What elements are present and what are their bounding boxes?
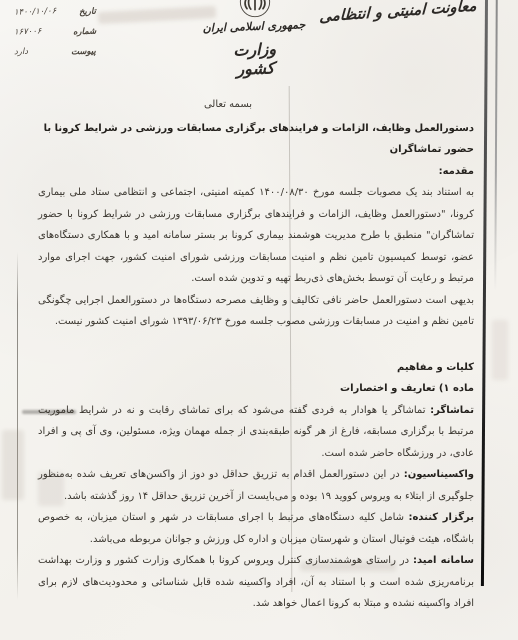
scanned-document-page: معاونت امنیتی و انتظامی جمهوری اسلامی ای… xyxy=(0,0,518,640)
definition-vaccination: واکسیناسیون: در این دستورالعمل اقدام به … xyxy=(38,464,474,507)
definition-term: واکسیناسیون: xyxy=(404,469,474,480)
attachment-value: دارد xyxy=(14,47,28,57)
department-calligraphy: معاونت امنیتی و انتظامی xyxy=(318,0,478,26)
attachment-label: پیوست xyxy=(71,47,96,58)
bleed-through-artifact xyxy=(98,6,216,24)
date-label: تاریخ xyxy=(79,7,96,18)
iran-emblem-icon xyxy=(238,0,272,20)
page-edge-line-left xyxy=(17,252,18,600)
document-body: بسمه تعالی دستورالعمل وظایف، الزامات و ف… xyxy=(38,94,474,615)
page-edge-line-right-secondary xyxy=(494,0,498,290)
definition-term: تماشاگر: xyxy=(430,405,474,416)
definition-text: تماشاگر یا هوادار به فردی گفته می‌شود که… xyxy=(38,405,474,459)
document-title: دستورالعمل وظایف، الزامات و فرایندهای بر… xyxy=(38,118,474,161)
letter-attachment-row: پیوست دارد xyxy=(14,42,96,62)
definition-term: برگزار کننده: xyxy=(408,512,474,523)
definition-spectator: تماشاگر: تماشاگر یا هوادار به فردی گفته … xyxy=(38,400,474,465)
definition-text: در راستای هوشمندسازی کنترل ویروس کرونا ب… xyxy=(38,555,474,609)
republic-title: جمهوری اسلامی ایران xyxy=(200,18,308,35)
section-heading-generalities: کلیات و مفاهیم xyxy=(38,357,474,379)
definition-omid-system: سامانه امید: در راستای هوشمندسازی کنترل … xyxy=(38,550,474,615)
number-value: ۱۶۷۰۰۶ xyxy=(14,27,42,38)
number-label: شماره xyxy=(73,27,97,38)
intro-paragraph-1: به استناد بند یک مصوبات جلسه مورخ ۱۴۰۰/۰… xyxy=(38,182,474,290)
besmeleh: بسمه تعالی xyxy=(10,94,446,116)
definition-organizer: برگزار کننده: شامل کلیه دستگاه‌های مرتبط… xyxy=(38,507,474,550)
letter-number-row: شماره ۱۶۷۰۰۶ xyxy=(14,22,96,42)
letter-meta-block: تاریخ ۱۴۰۰/۱۰/۰۶ شماره ۱۶۷۰۰۶ پیوست دارد xyxy=(14,2,96,62)
intro-paragraph-2: بدیهی است دستورالعمل حاضر نافی تکالیف و … xyxy=(38,290,474,333)
definition-term: سامانه امید: xyxy=(413,555,474,566)
bleed-through-artifact xyxy=(2,430,24,500)
ministry-title: وزارت کشور xyxy=(211,39,298,80)
bleed-through-artifact xyxy=(492,320,508,380)
page-edge-line-right xyxy=(481,0,488,586)
letter-date-row: تاریخ ۱۴۰۰/۱۰/۰۶ xyxy=(14,2,96,22)
date-value: ۱۴۰۰/۱۰/۰۶ xyxy=(14,6,57,17)
intro-heading: مقدمه: xyxy=(38,161,474,183)
article-1-heading: ماده ۱) تعاریف و اختصارات xyxy=(38,378,474,400)
